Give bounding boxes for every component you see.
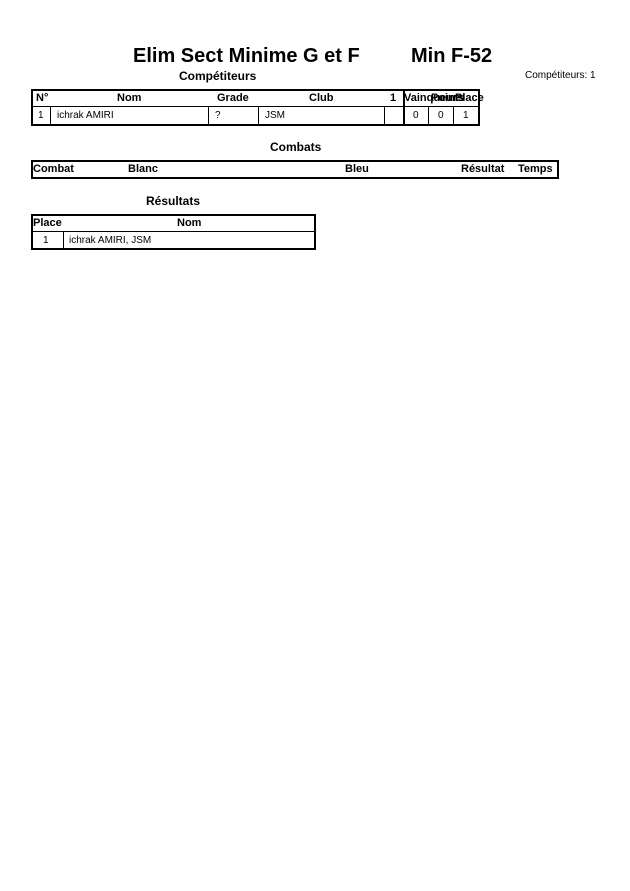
col-place: Place: [455, 92, 484, 104]
col-grade: Grade: [217, 92, 249, 104]
results-section-title: Résultats: [146, 194, 200, 208]
competitor-name: ichrak AMIRI: [57, 110, 114, 121]
competitor-num: 1: [38, 110, 44, 121]
col-num: N°: [36, 92, 48, 104]
result-place: 1: [43, 235, 49, 246]
combats-section-title: Combats: [270, 140, 321, 154]
competitor-vainqueurs: 0: [413, 110, 419, 121]
competitor-grade: ?: [215, 110, 221, 121]
col-combat: Combat: [33, 163, 74, 175]
col-nom: Nom: [117, 92, 141, 104]
col-temps: Temps: [518, 163, 553, 175]
result-name: ichrak AMIRI, JSM: [69, 235, 151, 246]
col-results-place: Place: [33, 217, 62, 229]
col-resultat: Résultat: [461, 163, 504, 175]
competitor-points: 0: [438, 110, 444, 121]
col-results-nom: Nom: [177, 217, 201, 229]
col-round-1: 1: [390, 92, 396, 104]
col-blanc: Blanc: [128, 163, 158, 175]
competitors-section-title: Compétiteurs: [179, 69, 256, 83]
competitor-club: JSM: [265, 110, 285, 121]
event-title: Elim Sect Minime G et F: [133, 45, 360, 68]
competitor-place: 1: [463, 110, 469, 121]
col-club: Club: [309, 92, 333, 104]
col-bleu: Bleu: [345, 163, 369, 175]
category-title: Min F-52: [411, 45, 492, 68]
competitor-count: Compétiteurs: 1: [525, 70, 596, 81]
